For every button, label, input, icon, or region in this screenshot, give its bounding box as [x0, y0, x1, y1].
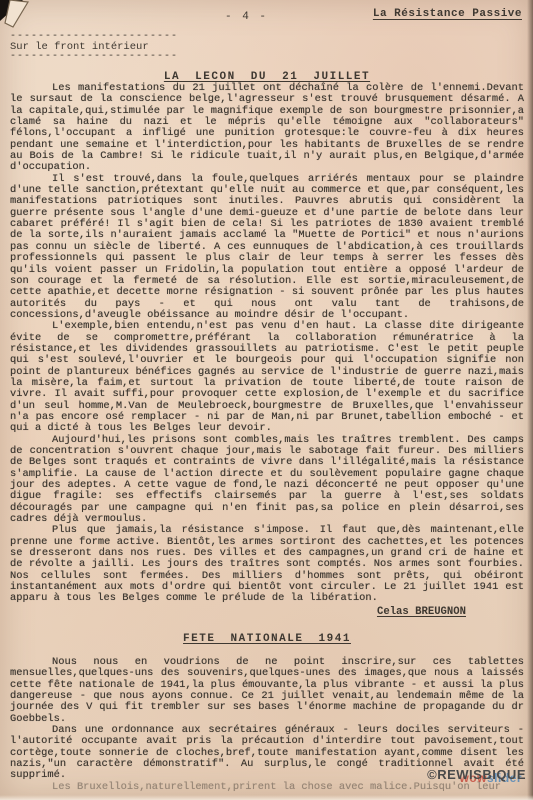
- paragraph: Nous nous en voudrions de ne point inscr…: [10, 657, 524, 725]
- publication-title: La Résistance Passive: [373, 8, 522, 20]
- section-label-block: ------------------------ Sur le front in…: [10, 32, 524, 62]
- scan-edge-bottom: [0, 795, 533, 800]
- page-header: - 4 - La Résistance Passive: [10, 6, 524, 28]
- paragraph: Plus que jamais,la résistance s'impose. …: [10, 525, 524, 604]
- scanned-document-page: - 4 - La Résistance Passive ------------…: [0, 0, 533, 800]
- paragraph: Il s'est trouvé,dans la foule,quelques a…: [10, 174, 524, 321]
- dashed-rule-bottom: ------------------------: [10, 52, 524, 62]
- paragraph: L'exemple,bien entendu,n'est pas venu d'…: [10, 321, 524, 434]
- watermark-main-text: ©REWISBIQUE: [427, 767, 526, 782]
- page-content: - 4 - La Résistance Passive ------------…: [10, 6, 524, 793]
- scan-edge-right: [527, 0, 533, 800]
- archive-watermark: wowslider ©REWISBIQUE: [396, 767, 526, 785]
- article1-signature: Celas BREUGNON: [10, 606, 524, 618]
- paragraph: Aujourd'hui,les prisons sont combles,mai…: [10, 435, 524, 526]
- article2-title: FETE NATIONALE 1941: [10, 633, 524, 645]
- page-number: - 4 -: [225, 11, 268, 23]
- paragraph: Les manifestations du 21 juillet ont déc…: [10, 83, 524, 174]
- article1-body: Les manifestations du 21 juillet ont déc…: [10, 83, 524, 605]
